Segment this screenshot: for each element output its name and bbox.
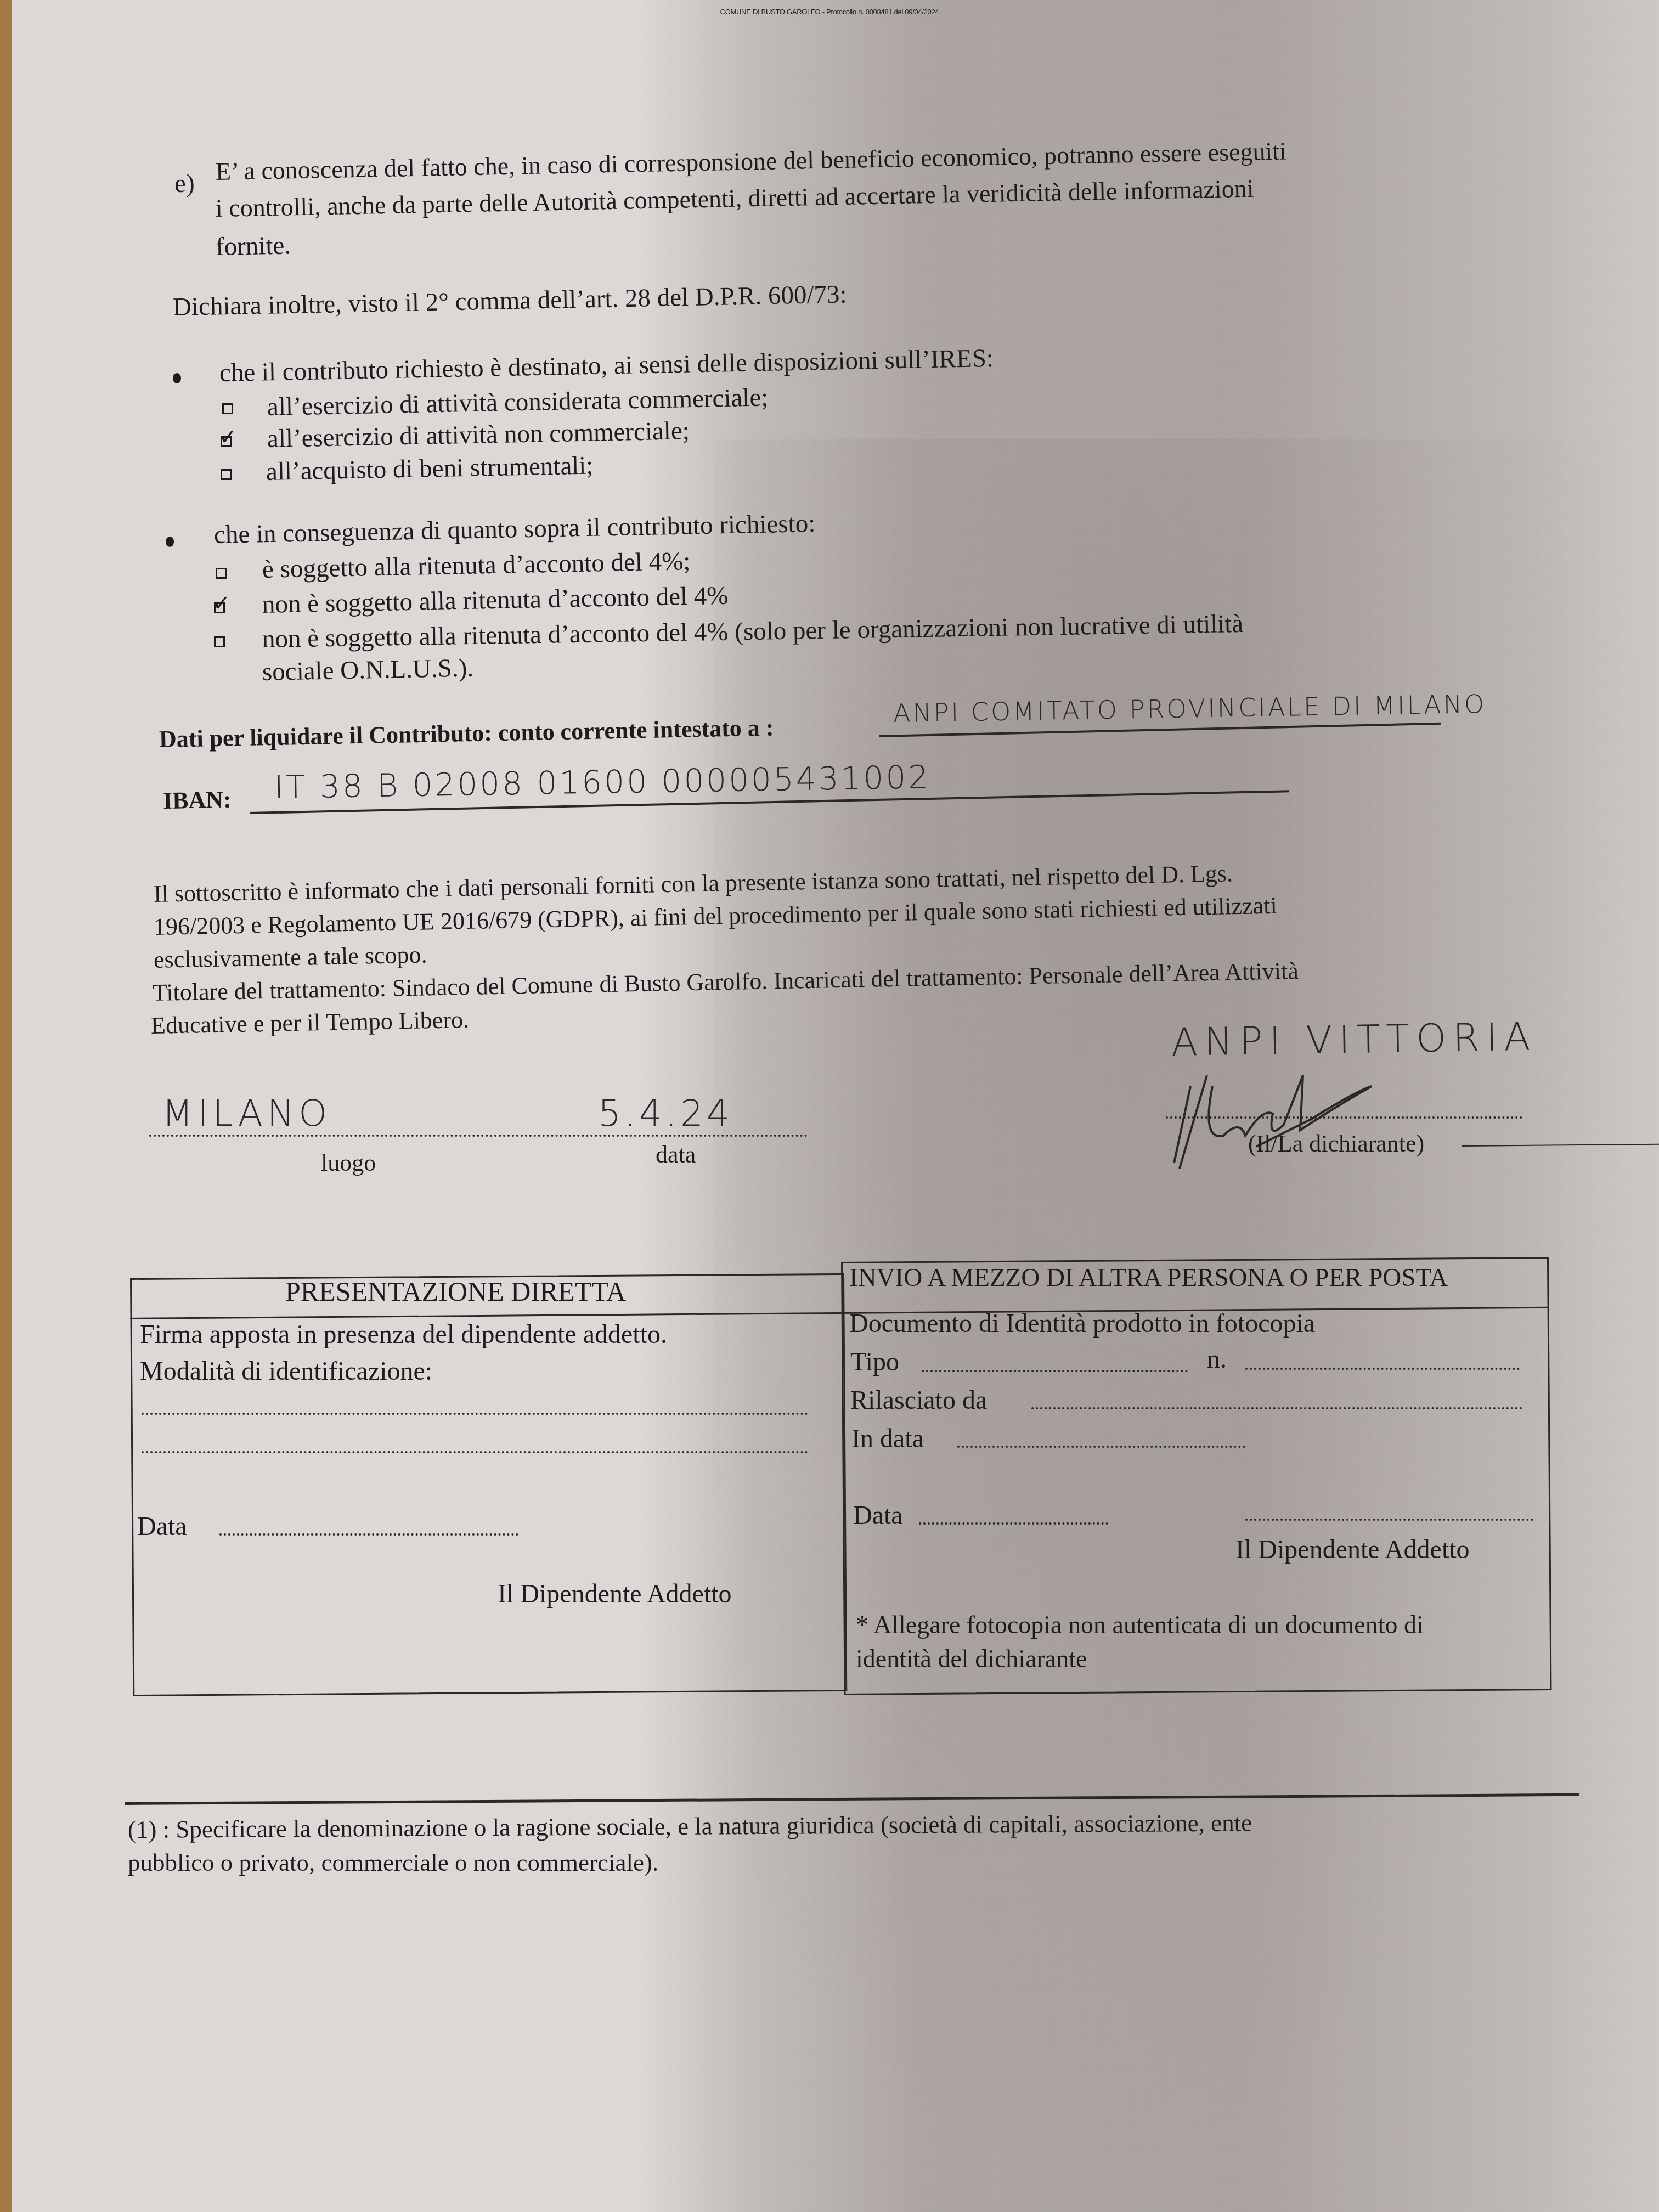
left-id-line-2[interactable]: [142, 1451, 808, 1453]
date-field[interactable]: 5.4.24: [598, 1097, 733, 1130]
clause-e-label: e): [174, 167, 195, 200]
privacy-line3: esclusivamente a tale scopo.: [153, 938, 427, 977]
right-tipo-label: Tipo: [850, 1347, 899, 1377]
checkbox-ires-beni-strumentali[interactable]: [221, 469, 232, 480]
checkbox-soggetto-ritenuta[interactable]: [216, 568, 227, 579]
date-label: data: [656, 1138, 696, 1171]
right-employee-label: Il Dipendente Addetto: [1235, 1534, 1470, 1565]
right-employee-signature-field[interactable]: [1245, 1519, 1533, 1521]
right-rilasciato-label: Rilasciato da: [850, 1385, 987, 1415]
checkbox-non-soggetto-ritenuta[interactable]: [214, 602, 225, 613]
bullet: [166, 537, 174, 547]
left-firma-text: Firma apposta in presenza del dipendente…: [140, 1319, 667, 1350]
signer-label: (Il/La dichiarante): [1248, 1127, 1424, 1160]
bullet: [173, 373, 181, 383]
right-date-label: Data: [853, 1500, 903, 1531]
place-field[interactable]: MILANO: [162, 1097, 331, 1130]
footnote-line1: (1) : Specificare la denominazione o la …: [128, 1806, 1252, 1846]
checkbox-onlus[interactable]: [214, 636, 225, 647]
left-date-label: Data: [137, 1511, 187, 1542]
right-indata-label: In data: [851, 1424, 924, 1454]
privacy-line5: Educative e per il Tempo Libero.: [150, 1003, 469, 1042]
ires-option-3: all’acquisto di beni strumentali;: [266, 449, 594, 488]
table-left-title: PRESENTAZIONE DIRETTA: [285, 1276, 626, 1307]
right-tipo-field[interactable]: [922, 1370, 1188, 1372]
right-n-label: n.: [1207, 1344, 1227, 1374]
table-right-title: INVIO A MEZZO DI ALTRA PERSONA O PER POS…: [849, 1263, 1448, 1293]
withholding-option-3-cont: sociale O.N.L.U.S.).: [262, 652, 473, 689]
right-indata-field[interactable]: [957, 1446, 1245, 1448]
right-doc-text: Documento di Identità prodotto in fotoco…: [849, 1308, 1315, 1339]
left-id-line-1[interactable]: [142, 1413, 808, 1415]
right-rilasciato-field[interactable]: [1031, 1407, 1522, 1409]
left-employee-label: Il Dipendente Addetto: [498, 1579, 732, 1609]
right-date-field[interactable]: [919, 1522, 1108, 1525]
left-date-field[interactable]: [219, 1533, 518, 1536]
clause-e-line3: fornite.: [215, 229, 291, 263]
checkbox-ires-commerciale[interactable]: [222, 403, 233, 414]
place-label: luogo: [321, 1147, 376, 1180]
checkbox-ires-non-commerciale[interactable]: [221, 436, 232, 447]
right-note-line1: * Allegare fotocopia non autenticata di …: [856, 1610, 1424, 1639]
place-date-dotted-line: [149, 1135, 808, 1137]
iban-label: IBAN:: [162, 783, 232, 817]
left-modalita-text: Modalità di identificazione:: [140, 1356, 432, 1386]
right-n-field[interactable]: [1245, 1368, 1520, 1370]
right-note-line2: identità del dichiarante: [856, 1644, 1087, 1673]
protocol-stamp: COMUNE DI BUSTO GAROLFO - Protocollo n. …: [0, 8, 1659, 16]
footnote-line2: pubblico o privato, commerciale o non co…: [128, 1846, 658, 1879]
